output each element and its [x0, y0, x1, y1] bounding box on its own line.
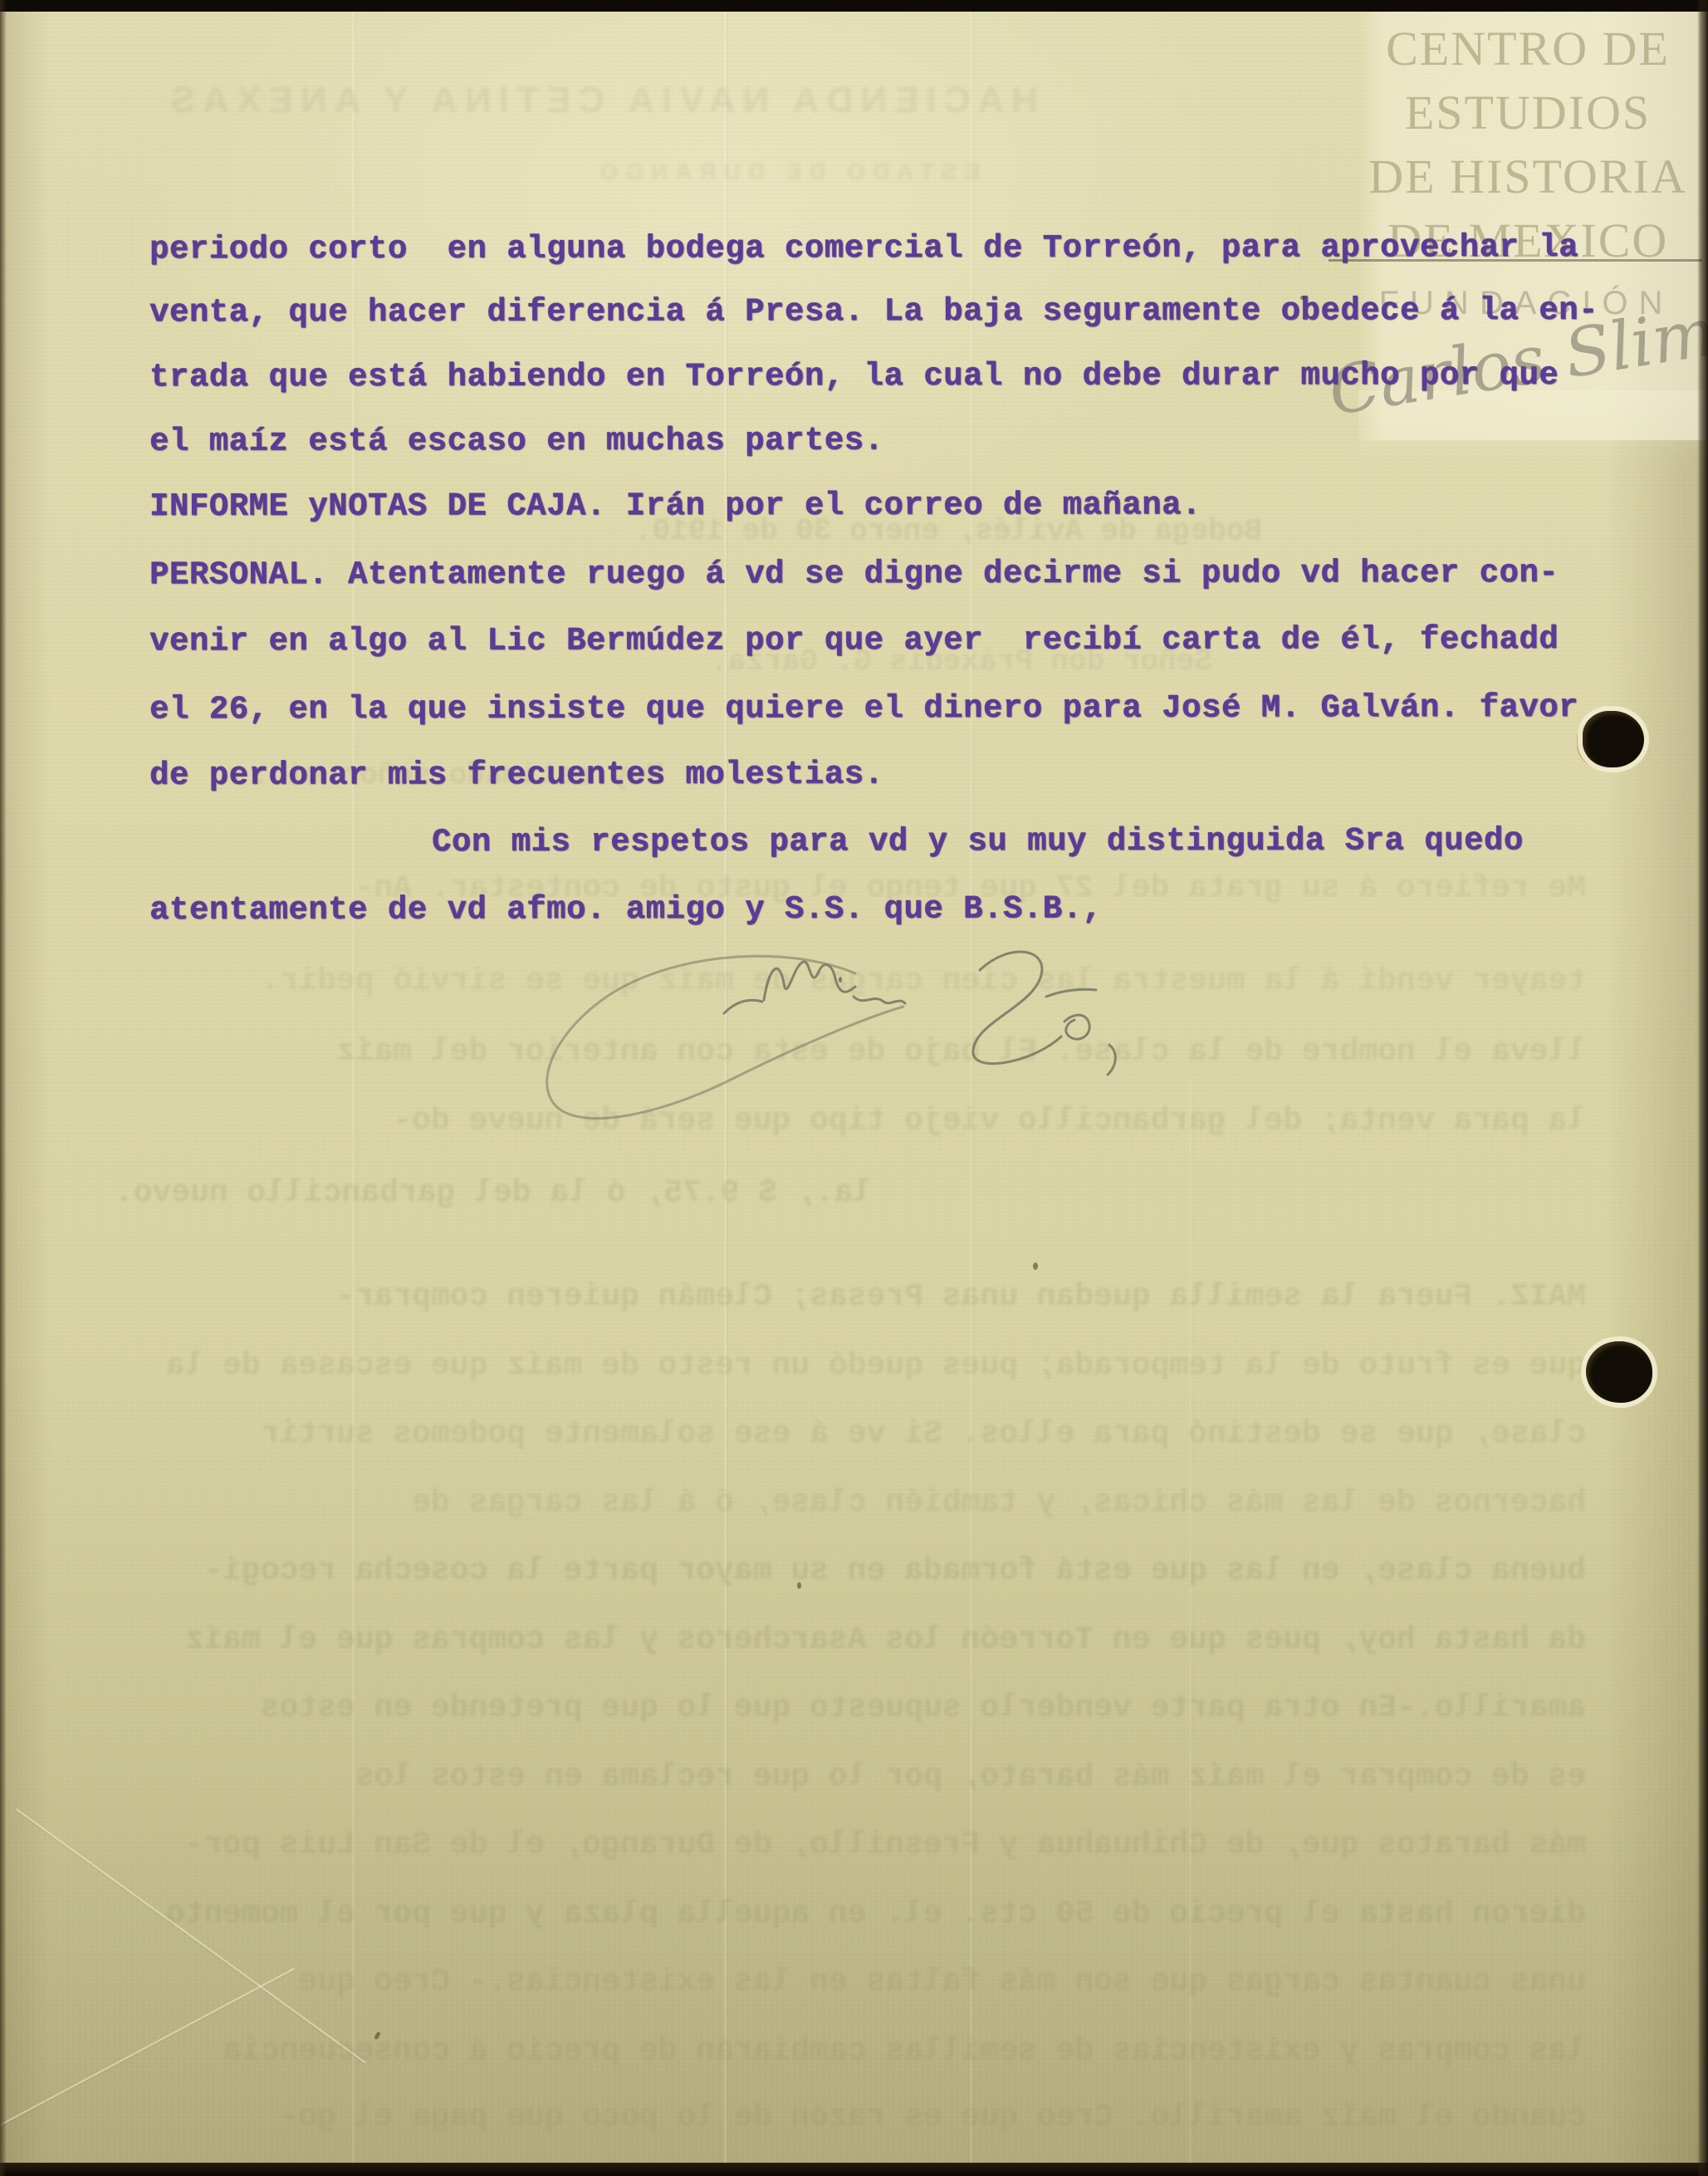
bleed-through-line: unas cuantas cargas que son más faltas e… [125, 1964, 1586, 2001]
typed-line: de perdonar mis frecuentes molestias. [149, 755, 884, 794]
watermark-institution-line: ESTUDIOS [1352, 84, 1704, 142]
bleed-through-line: más baratos que, de Chihuahua y Fresnill… [125, 1827, 1586, 1864]
bleed-through-line: cuando el maíz amarillo. Creo que es raz… [125, 2100, 1586, 2136]
bleed-through-line: MAIZ. Fuera la semilla quedan unas Presa… [125, 1279, 1586, 1316]
typed-line: PERSONAL. Atentamente ruego á vd se dign… [149, 554, 1559, 594]
bleed-through-line: ESTADO DE DURANGO [697, 151, 980, 193]
punch-hole-bottom [1586, 1341, 1652, 1403]
scanned-letter-page: CENTRO DEESTUDIOSDE HISTORIADE MEXICO FU… [0, 0, 1708, 2176]
bleed-through-line: buena clase, en las que está formada en … [125, 1553, 1586, 1590]
bleed-through-line: clase, que se destinó para ellos. Si ve … [125, 1416, 1586, 1453]
typed-line: trada que está habiendo en Torreón, la c… [149, 356, 1559, 396]
bleed-through-line: amarillo.-En otra parte venderlo supuest… [125, 1690, 1586, 1727]
bleed-through-line: la., $ 9.75, ó la del garbancillo nuevo. [125, 1175, 872, 1212]
bleed-through-line: hacernos de las más chicas, y también cl… [125, 1485, 1586, 1522]
scan-edge-bottom [0, 2163, 1708, 2176]
typed-line: el 26, en la que insiste que quiere el d… [149, 689, 1578, 728]
watermark-institution-line: DE HISTORIA [1352, 148, 1704, 206]
typed-line: periodo corto en alguna bodega comercial… [149, 228, 1578, 268]
typed-line: el maíz está escaso en muchas partes. [149, 421, 884, 460]
bleed-through-line: dieron hasta el precio de 50 cts. el. en… [125, 1896, 1586, 1933]
punch-hole-top [1583, 711, 1644, 767]
bleed-through-line: HACIENDA NAVIA CETINA Y ANEXAS [274, 80, 1038, 121]
signature-flourish [515, 920, 1162, 1136]
scan-edge-top [0, 0, 1708, 12]
watermark-institution-line: CENTRO DE [1352, 20, 1704, 78]
typed-line: Con mis respetos para vd y su muy distin… [432, 821, 1524, 861]
scan-edge-right [1697, 0, 1708, 2176]
scan-edge-left [0, 0, 7, 2176]
bleed-through-line: que es fruto de la temporada; pues quedó… [125, 1348, 1586, 1385]
bleed-through-line: da hasta hoy, pues que en Torreón los As… [125, 1622, 1586, 1659]
bleed-through-line: es de comprar el maíz más barato, por lo… [125, 1759, 1586, 1796]
typed-line: venta, que hacer diferencia á Presa. La … [149, 292, 1598, 331]
typed-line: venir en algo al Lic Bermúdez por que ay… [149, 620, 1559, 660]
typed-line: INFORME yNOTAS DE CAJA. Irán por el corr… [149, 486, 1201, 526]
bleed-through-line: las compras y existencias de semillas ca… [125, 2033, 1586, 2070]
